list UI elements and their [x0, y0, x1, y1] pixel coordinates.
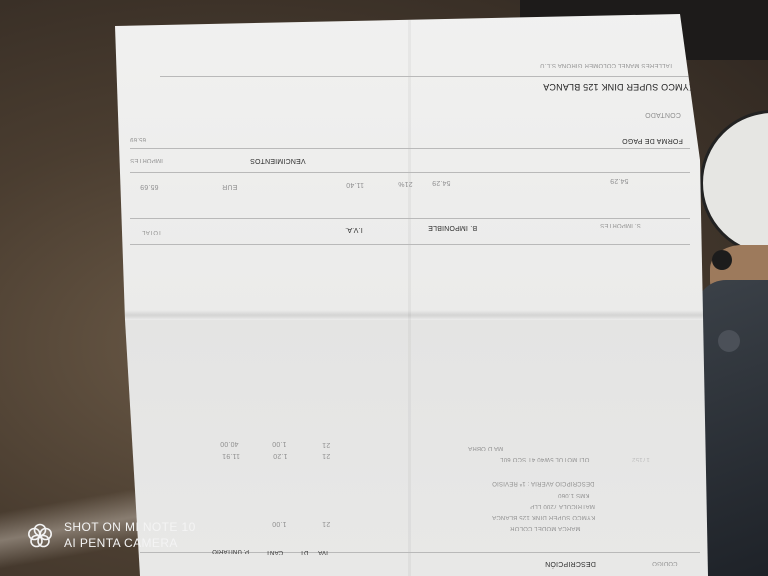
- header-iva: IVA: [318, 549, 328, 555]
- header-codigo: CODIGO: [652, 560, 678, 566]
- camera-aperture-flower-icon: [26, 522, 54, 550]
- line-code: 17152: [632, 456, 650, 462]
- vehicle-info: KMS 1.060: [558, 492, 589, 498]
- divider: [130, 218, 690, 219]
- bolt-icon: [718, 330, 740, 352]
- header-cant: CANT: [266, 549, 283, 555]
- header-p-unitario: P. UNITARIO: [212, 548, 249, 554]
- line-desc: OLI MOTUL 5W40 4T SCO 60L: [500, 456, 589, 462]
- iva-amount: 11.40: [346, 181, 364, 188]
- vehicle-info: DESCRIPCIO AVERIA : 1ª REVISIO: [492, 480, 594, 486]
- iva-percent: 21%: [398, 180, 413, 187]
- line-desc: MA D OBRA: [468, 445, 503, 451]
- divider: [130, 148, 690, 149]
- watermark-line-1: SHOT ON MI NOTE 10: [64, 520, 196, 534]
- line-price: 40.00: [220, 440, 239, 447]
- vehicle-info: MATRICULA 7200 LLP: [530, 503, 595, 509]
- base-imponible: 54.29: [432, 179, 451, 186]
- payment-method: CONTADO: [645, 111, 681, 118]
- line-iva: 21: [322, 452, 330, 459]
- watermark-line-2: AI PENTA CAMERA: [64, 536, 178, 550]
- product-title: KYMCO SUPER DINK 125 BLANCA: [543, 82, 695, 92]
- scooter-wheel: [700, 110, 768, 256]
- divider: [130, 172, 690, 173]
- divider: [160, 76, 690, 77]
- totals-header-total: TOTAL: [142, 229, 162, 235]
- due-dates-label: VENCIMIENTOS: [250, 157, 306, 164]
- vehicle-info: MARCA MODEL COLOR: [510, 525, 581, 531]
- sum-importes: 54.29: [610, 177, 629, 184]
- totals-header-sum: S. IMPORTES: [600, 222, 641, 228]
- company-name: TALLERES MANEL COLOMER GIRONA S.L.U: [540, 62, 673, 68]
- divider: [130, 244, 690, 245]
- header-descripcion: DESCRIPCIÓN: [545, 560, 596, 567]
- total-value: 65.69: [140, 183, 159, 190]
- currency: EUR: [222, 183, 237, 190]
- bolt-icon: [712, 250, 732, 270]
- header-dt: DT: [300, 549, 308, 555]
- line-price: 11.91: [222, 452, 240, 459]
- totals-header-iva: I.V.A.: [345, 226, 363, 233]
- line-qty: 1.20: [273, 452, 287, 459]
- line-qty: 1.00: [272, 520, 286, 527]
- vehicle-info: KYMCO SUPER DINK 125 BLANCA: [492, 514, 595, 520]
- totals-header-base: B. IMPONIBLE: [428, 224, 477, 231]
- payment-label: FORMA DE PAGO: [622, 137, 683, 144]
- line-iva: 21: [322, 441, 330, 448]
- line-iva: 21: [322, 520, 330, 527]
- line-qty: 1.00: [272, 440, 286, 447]
- amounts-label: IMPORTES: [130, 157, 163, 163]
- amount-due: 65.69: [130, 136, 146, 142]
